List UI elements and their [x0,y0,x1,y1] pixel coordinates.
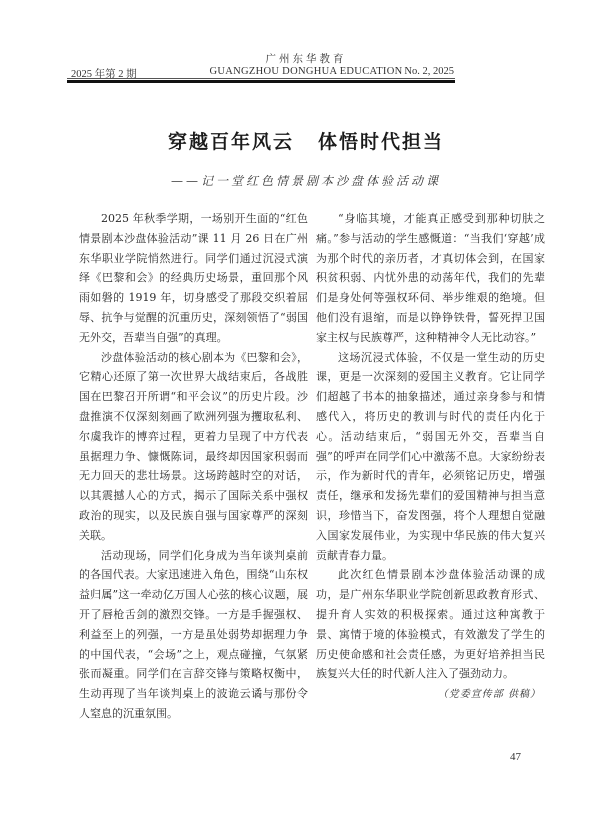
paragraph: 此次红色情景剧本沙盘体验活动课的成功，是广州东华职业学院创新思政教育形式、提升育… [316,565,545,684]
title-part-2: 体悟时代担当 [318,131,444,153]
paragraph: 2025 年秋季学期，一场别开生面的“红色情景剧本沙盘体验活动”课 11 月 2… [79,209,308,348]
page-number: 47 [510,751,521,763]
title-part-1: 穿越百年风云 [168,131,294,153]
right-column: “身临其境，才能真正感受到那种切肤之痛。”参与活动的学生感慨道：“当我们‘穿越’… [316,209,545,705]
article-credit: （党委宣传部 供稿） [316,685,545,705]
article-title: 穿越百年风云体悟时代担当 [0,127,612,154]
journal-name-cn: 广州东华教育 [0,51,612,66]
issue-label-en: No. 2, 2025 [404,66,454,77]
header-rule-thin [67,78,455,79]
paragraph: 这场沉浸式体验，不仅是一堂生动的历史课，更是一次深刻的爱国主义教育。它让同学们超… [316,348,545,566]
left-column: 2025 年秋季学期，一场别开生面的“红色情景剧本沙盘体验活动”课 11 月 2… [79,209,308,724]
paragraph: 活动现场，同学们化身成为当年谈判桌前的各国代表。大家迅速进入角色，围绕“山东权益… [79,546,308,724]
paragraph: 沙盘体验活动的核心剧本为《巴黎和会》，它精心还原了第一次世界大战结束后，各战胜国… [79,348,308,546]
journal-name-en: GUANGZHOU DONGHUA EDUCATION [0,66,612,77]
header-rule-thick [67,80,455,83]
paragraph: “身临其境，才能真正感受到那种切肤之痛。”参与活动的学生感慨道：“当我们‘穿越’… [316,209,545,348]
article-subtitle: ——记一堂红色情景剧本沙盘体验活动课 [0,172,612,189]
